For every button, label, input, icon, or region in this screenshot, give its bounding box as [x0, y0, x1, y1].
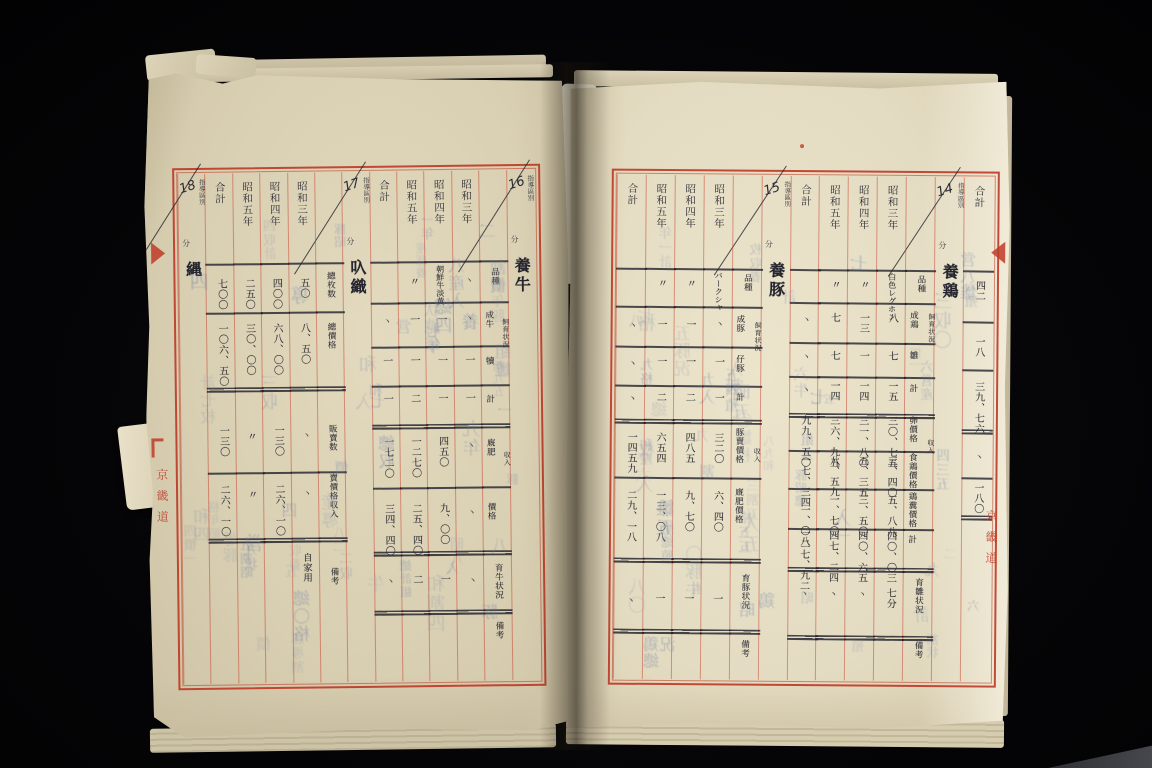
ink-row-rule [425, 261, 454, 263]
ledger-cell: 二五〇 [243, 278, 253, 310]
left-page: 指導區別分16養牛品種飼育状況成牛犢計収入廐肥價格育牛状況備考昭和三年丶丶一一丶… [142, 67, 574, 740]
ink-row-rule [729, 558, 760, 563]
era-column-header: 昭和四年 [433, 179, 444, 225]
ledger-cell: 四五〇 [437, 436, 447, 468]
ink-row-rule [372, 425, 401, 430]
ledger-cell: 一八 [973, 336, 983, 357]
era-column-header: 合計 [974, 185, 985, 208]
ink-row-rule [236, 472, 265, 474]
section-number: 15 [761, 180, 781, 199]
ink-row-rule [452, 260, 481, 262]
red-bracket-mark [151, 438, 163, 457]
right-page: 合計四二一八三九、七六丶一八〇指導區別分14養鶏品種飼育状況成鶏雛計収入卵價格食… [563, 78, 1012, 733]
ledger-cell: 成鶏 [909, 310, 918, 328]
era-column-header: 合計 [627, 182, 638, 205]
ledger-cell: 一三、〇八 [653, 490, 663, 543]
left-ledger-table: 指導區別分16養牛品種飼育状況成牛犢計収入廐肥價格育牛状況備考昭和三年丶丶一一丶… [172, 164, 546, 690]
ledger-cell: 飼育状況 [502, 318, 509, 348]
ink-row-rule [702, 385, 733, 387]
ink-row-rule [426, 346, 455, 348]
ink-row-rule [456, 550, 485, 555]
ledger-cell: 一 [684, 319, 694, 330]
section15-showa4: 昭和四年〃一一二四八五九、七〇一 [671, 175, 705, 679]
ink-row-rule [374, 610, 403, 615]
ink-row-rule [484, 609, 513, 614]
ledger-cell: 一 [408, 355, 418, 366]
ledger-cell: 〃 [246, 489, 256, 500]
ledger-cell: 計 [908, 384, 917, 393]
era-column-header: 昭和三年 [713, 183, 724, 229]
ledger-cell: 一 [713, 357, 723, 368]
ink-row-rule [399, 385, 428, 387]
ledger-cell: 三〇、〇〇 [243, 324, 254, 377]
ink-row-rule [703, 268, 734, 270]
ledger-cell: 一 [381, 355, 391, 366]
ledger-cell: 三四、四〇 [383, 503, 394, 556]
ink-row-rule [789, 376, 820, 378]
era-column-header: 昭和五年 [656, 183, 667, 229]
section15-showa3: 昭和三年バークシャ丶一一三二〇六、四〇一 [700, 175, 734, 679]
ledger-cell: 一二七、九二 [798, 528, 808, 591]
ledger-cell: 〃 [407, 276, 417, 287]
left-table-columns: 指導區別分16養牛品種飼育状況成牛犢計収入廐肥價格育牛状況備考昭和三年丶丶一一丶… [178, 170, 540, 684]
ledger-cell: 育豚状況 [740, 574, 749, 610]
ledger-cell: 丶 [462, 275, 471, 285]
ledger-cell: 収入 [753, 448, 760, 463]
ledger-cell: 一 [711, 594, 721, 605]
ledger-cell: 一三〇 [272, 425, 282, 457]
ledger-cell: 八、五九 [827, 455, 837, 497]
ledger-cell: 八 [886, 313, 896, 324]
diagonal-header-sublabel: 分 [511, 234, 519, 245]
diagonal-header-label: 指導區別 [784, 181, 791, 207]
ledger-cell: 一 [438, 574, 448, 585]
ledger-cell: 二九、一八 [624, 490, 634, 543]
ledger-cell: 丶 [624, 596, 633, 606]
red-corner-mark-right [991, 242, 1005, 264]
ledger-cell: 三九、七六 [972, 382, 982, 435]
ledger-cell: 丶 [384, 577, 393, 587]
ledger-cell: 〃 [829, 280, 839, 291]
ledger-cell: 一 [408, 314, 418, 325]
ink-row-rule [700, 629, 731, 634]
ink-row-rule [847, 343, 878, 345]
ink-row-rule [426, 385, 455, 387]
section14-labels: 品種飼育状況成鶏雛計収入卵價格食鶏價格鶏糞價格計育雛状況備考 [902, 177, 936, 681]
ink-row-rule [614, 558, 645, 563]
section-title: 養豚 [764, 261, 787, 299]
table-surface-highlight [1048, 740, 1152, 768]
ledger-cell: 育雛状況 [914, 578, 923, 614]
ledger-cell: 賣價格収入 [328, 473, 337, 518]
ledger-cell: 豚賣價格 [734, 428, 743, 464]
ink-row-rule [818, 302, 849, 304]
ink-row-rule [873, 635, 904, 640]
right-ledger-table: 合計四二一八三九、七六丶一八〇指導區別分14養鶏品種飼育状況成鶏雛計収入卵價格食… [608, 169, 1000, 688]
ledger-cell: 總枚数 [326, 272, 335, 299]
ledger-cell: 一〇六、五〇 [216, 324, 227, 387]
ledger-cell: 一三 [857, 313, 867, 334]
ledger-cell: 雛 [909, 351, 918, 360]
ledger-cell: 丶 [856, 590, 865, 600]
era-column-header: 昭和五年 [241, 181, 252, 227]
ink-row-rule [876, 269, 907, 271]
ledger-cell: 七 [829, 312, 839, 323]
ledger-cell: 九、七〇 [682, 490, 692, 532]
era-column-header: 昭和三年 [296, 180, 307, 226]
ink-row-rule [613, 628, 644, 633]
ledger-cell: 成牛 [484, 311, 493, 329]
ink-row-rule [903, 529, 934, 531]
ledger-cell: 總價格 [326, 323, 335, 350]
ledger-cell: 丶 [827, 590, 836, 600]
ink-row-rule [905, 270, 936, 272]
ink-row-rule [674, 306, 705, 308]
ink-row-rule [263, 472, 292, 474]
ink-row-rule [402, 610, 431, 615]
ink-row-rule [291, 538, 320, 543]
ledger-cell: 丶 [800, 385, 809, 395]
section15: 指導區別分15養豚 [757, 176, 791, 680]
era-column-header: 昭和五年 [406, 179, 417, 225]
ink-row-rule [787, 635, 818, 640]
ledger-cell: 七〇〇 [216, 278, 226, 310]
section-title: 養牛 [510, 257, 533, 295]
ink-row-rule [845, 635, 876, 640]
ledger-cell: 〃 [655, 278, 665, 289]
ink-row-rule [400, 487, 429, 489]
ink-row-rule [644, 419, 675, 424]
ledger-cell: 品種 [916, 275, 925, 293]
right-table-columns: 合計四二一八三九、七六丶一八〇指導區別分14養鶏品種飼育状況成鶏雛計収入卵價格食… [614, 175, 994, 682]
ledger-cell: 六五四 [654, 432, 664, 464]
prefecture-stamp-left: 京畿道 [156, 468, 169, 531]
era-column-header: 昭和四年 [684, 183, 695, 229]
red-corner-mark-left [151, 242, 165, 264]
ledger-cell: 丶 [626, 394, 635, 404]
ink-row-rule [789, 342, 820, 344]
ink-row-rule [234, 312, 263, 314]
ledger-cell: 犢 [485, 356, 494, 365]
ledger-cell: 二六、一〇 [273, 484, 284, 537]
ink-row-rule [371, 386, 400, 388]
era-column-header: 合計 [378, 179, 389, 202]
ink-row-rule [288, 262, 317, 264]
ledger-cell: 廐肥價格 [734, 488, 743, 524]
ink-row-rule [643, 477, 674, 479]
ledger-cell: 七 [886, 351, 896, 362]
ledger-cell: 三、四〇 [885, 455, 895, 497]
ledger-cell: 丶 [800, 315, 809, 325]
ink-row-rule [233, 263, 262, 265]
ledger-cell: 四〇、〇三 [884, 531, 894, 584]
ink-row-rule [289, 387, 318, 392]
ledger-cell: 二六、一〇 [218, 485, 229, 538]
ledger-cell: 九、〇〇 [437, 502, 448, 544]
ink-row-rule [905, 303, 936, 305]
ledger-cell: 四七、二四 [827, 531, 837, 584]
ledger-cell: 丶 [798, 589, 807, 599]
ink-row-rule [876, 343, 907, 345]
ledger-cell: 仔豚 [735, 354, 744, 372]
ledger-cell: 卵價格 [908, 416, 917, 443]
ink-row-rule [235, 387, 264, 392]
ink-row-rule [963, 270, 994, 272]
ledger-cell: 一 [463, 354, 473, 365]
ink-row-rule [904, 377, 935, 379]
ink-row-rule [428, 551, 457, 556]
ink-row-rule [480, 301, 509, 303]
ink-row-rule [818, 376, 849, 378]
ink-row-rule [702, 347, 733, 349]
section-title: 縄 [181, 261, 204, 280]
ink-row-rule [373, 488, 402, 490]
ledger-cell: 一七二〇 [382, 437, 393, 479]
diagonal-header-sublabel: 分 [346, 236, 354, 247]
ink-row-rule [455, 487, 484, 489]
ink-row-rule [260, 263, 289, 265]
ink-row-rule [482, 486, 511, 488]
ledger-cell: 四八五 [683, 432, 693, 464]
section14: 指導區別分14養鶏 [931, 177, 965, 681]
ledger-cell: 一 [653, 593, 663, 604]
ink-row-rule [643, 558, 674, 563]
ledger-cell: 五、三五 [856, 455, 866, 497]
ink-row-rule [672, 558, 703, 563]
ledger-cell: 一 [684, 357, 694, 368]
section13-total-column: 合計四二一八三九、七六丶一八〇 [960, 177, 994, 681]
ink-row-rule [208, 472, 237, 474]
ledger-cell: 計 [907, 535, 916, 544]
diagonal-header-sublabel: 分 [765, 239, 773, 250]
ledger-cell: 一 [712, 392, 722, 403]
photo-scene: 指導區別分16養牛品種飼育状況成牛犢計収入廐肥價格育牛状況備考昭和三年丶丶一一丶… [0, 0, 1152, 768]
ink-row-rule [483, 550, 512, 555]
ink-row-rule [454, 385, 483, 387]
ledger-cell: 一八〇 [972, 482, 982, 514]
ruffled-corner [195, 54, 256, 78]
ink-row-rule [671, 629, 702, 634]
ledger-cell: 一 [655, 319, 665, 330]
ink-row-rule [730, 478, 761, 480]
ledger-cell: バークシャ [714, 271, 722, 321]
ink-row-rule [672, 477, 703, 479]
ink-row-rule [819, 269, 850, 271]
ledger-cell: 備考 [329, 568, 338, 586]
ink-row-rule [315, 262, 344, 264]
red-ink-dot [800, 144, 804, 148]
ink-row-rule [673, 385, 704, 387]
ink-row-rule [644, 385, 675, 387]
ledger-cell: 〃 [245, 431, 255, 442]
section-number: 18 [177, 178, 197, 198]
ledger-cell: 一 [381, 393, 391, 404]
ledger-cell: 販賣数 [328, 425, 337, 452]
ledger-cell: 一 [857, 350, 867, 361]
ledger-cell: 品種 [743, 274, 752, 292]
ledger-cell: 収入 [927, 439, 934, 454]
ledger-cell: 一五 [886, 381, 896, 402]
ledger-cell: 一 [655, 356, 665, 367]
ink-row-rule [674, 268, 705, 270]
ink-row-rule [903, 567, 934, 572]
ink-row-rule [731, 386, 762, 388]
ink-row-rule [399, 424, 428, 429]
ink-row-rule [847, 376, 878, 378]
ledger-cell: 丶 [466, 576, 475, 586]
ledger-cell: 丶 [713, 319, 722, 329]
ink-row-rule [370, 261, 399, 263]
ledger-cell: 丶 [627, 321, 636, 331]
ledger-cell: 育牛状況 [494, 563, 503, 599]
ledger-cell: 二 [683, 392, 693, 403]
era-column-header: 昭和三年 [461, 178, 472, 224]
ledger-cell: 四〇〇 [270, 277, 280, 309]
ink-row-rule [644, 346, 675, 348]
ledger-cell: 四〇、六五 [855, 531, 865, 584]
ink-row-rule [645, 268, 676, 270]
ledger-cell: 備考 [494, 622, 503, 640]
ledger-cell: 一、七〇 [827, 494, 837, 536]
ledger-cell: 三二〇 [712, 432, 722, 464]
diagonal-header-sublabel: 分 [182, 238, 190, 249]
ink-row-rule [398, 346, 427, 348]
ink-row-rule [290, 471, 319, 473]
ink-row-rule [454, 423, 483, 428]
ledger-cell: 食鶏價格 [908, 453, 917, 489]
section-number: 17 [342, 176, 362, 196]
ledger-cell: 價格 [486, 502, 495, 520]
ink-row-rule [701, 558, 732, 563]
ledger-cell: 丶 [301, 489, 310, 499]
ledger-cell: 朝鮮牛淡黄 [435, 265, 444, 315]
ledger-cell: 一四五九 [625, 432, 635, 474]
diagonal-header-label: 指導區別 [362, 177, 369, 203]
ink-row-rule [319, 537, 348, 542]
ink-row-rule [642, 628, 673, 633]
era-column-header: 合計 [214, 181, 225, 204]
ink-row-rule [731, 420, 762, 425]
ink-row-rule [701, 478, 732, 480]
ledger-cell: 丶 [381, 317, 390, 327]
ledger-cell: 飼育状況 [928, 313, 935, 343]
ink-row-rule [847, 302, 878, 304]
ledger-cell: 一 [682, 593, 692, 604]
ink-row-rule [962, 477, 993, 479]
ledger-cell: 〃 [684, 278, 694, 289]
ink-row-rule [615, 419, 646, 424]
era-column-header: 昭和五年 [829, 184, 840, 230]
ink-row-rule [905, 343, 936, 345]
ink-row-rule [370, 303, 399, 305]
ledger-cell: 一四 [828, 380, 838, 401]
ledger-cell: 丶 [626, 359, 635, 369]
ledger-cell: 飼育状況 [754, 322, 761, 352]
ink-row-rule [427, 424, 456, 429]
ink-row-rule [614, 477, 645, 479]
ink-row-rule [729, 629, 760, 634]
section15-labels: 品種飼育状況成豚仔豚計収入豚賣價格廐肥價格育豚状況備考 [729, 176, 763, 680]
ink-row-rule [616, 267, 647, 269]
ledger-cell: 品種 [490, 267, 499, 285]
ink-row-rule [207, 388, 236, 393]
ink-row-rule [261, 312, 290, 314]
ink-row-rule [262, 387, 291, 392]
ledger-cell: 四二 [973, 281, 983, 302]
section14-showa4: 昭和四年〃一三一一四三一、八〇五、三五三、五〇四〇、六五丶 [844, 176, 878, 680]
ledger-cell: 計 [735, 392, 744, 401]
diagonal-header-label: 指導區別 [957, 182, 964, 208]
ink-row-rule [453, 345, 482, 347]
ledger-cell: 三、五〇 [856, 494, 866, 536]
ledger-cell: 一 [435, 314, 445, 325]
era-column-header: 昭和四年 [269, 181, 280, 227]
ink-row-rule [645, 306, 676, 308]
section-number: 14 [935, 181, 955, 200]
ledger-cell: 八、五〇 [298, 323, 309, 365]
ink-row-rule [428, 487, 457, 489]
ink-row-rule [615, 346, 646, 348]
ledger-cell: 一四 [857, 381, 867, 402]
ink-row-rule [209, 539, 238, 544]
ink-row-rule [316, 311, 345, 313]
section-title: 叺織 [346, 259, 369, 297]
ledger-cell: 計 [485, 395, 494, 404]
ledger-cell: 自家用 [301, 553, 311, 583]
ink-row-rule [264, 538, 293, 543]
ledger-cell: 収入 [503, 451, 510, 466]
ink-row-rule [847, 269, 878, 271]
era-column-header: 昭和三年 [887, 184, 898, 230]
ledger-cell: 廐肥 [486, 438, 495, 456]
ledger-cell: 五、八八 [885, 494, 895, 536]
ledger-cell: 五〇 [298, 277, 308, 298]
ledger-cell: 備考 [913, 641, 922, 659]
ink-row-rule [206, 263, 235, 265]
ledger-cell: 六、四〇 [711, 490, 721, 532]
ledger-cell: 一 [436, 355, 446, 366]
ink-row-rule [615, 385, 646, 387]
ledger-cell: 七 [828, 350, 838, 361]
ink-row-rule [453, 302, 482, 304]
ink-row-rule [398, 302, 427, 304]
ink-row-rule [288, 311, 317, 313]
ink-row-rule [480, 260, 509, 262]
ledger-cell: 丶 [465, 441, 474, 451]
ink-row-rule [482, 423, 511, 428]
ledger-cell: 〃 [858, 280, 868, 291]
section-title: 養鶏 [938, 263, 961, 301]
ledger-cell: 二五、四〇 [410, 503, 421, 556]
ledger-cell: 丶 [800, 352, 809, 362]
ledger-cell: 二 [409, 393, 419, 404]
ledger-cell: 七分 [884, 588, 894, 609]
ink-row-rule [963, 321, 994, 323]
ink-row-rule [456, 609, 485, 614]
diagonal-header-label: 指導區別 [198, 179, 205, 205]
ledger-cell: 丶 [465, 507, 474, 517]
ink-row-rule [673, 419, 704, 424]
section14-showa5: 昭和五年〃七七一四三六、九五八、五九一、七〇四七、二四丶 [815, 176, 849, 680]
ink-row-rule [616, 306, 647, 308]
ink-row-rule [702, 420, 733, 425]
ledger-cell: 一三〇 [217, 426, 227, 458]
ink-row-rule [962, 369, 993, 371]
diagonal-header-label: 指導區別 [527, 175, 534, 201]
ink-row-rule [818, 342, 849, 344]
ledger-cell: 一 [436, 393, 446, 404]
ink-row-rule [732, 268, 763, 270]
